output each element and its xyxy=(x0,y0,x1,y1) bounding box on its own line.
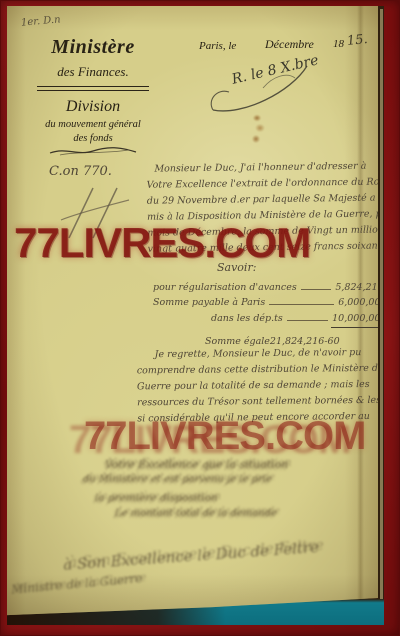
closing-address-line: à Son Excellence le Duc de Feltre xyxy=(63,538,320,574)
scanned-letter-photo: 1er. D.n Ministère des Finances. Divisio… xyxy=(0,0,400,636)
letterhead-ministry: Ministère xyxy=(29,36,157,59)
ghosted-text-line: du Ministère et est parvenu je le prie xyxy=(83,474,272,485)
account-label: Somme payable à Paris xyxy=(153,297,265,308)
account-total-value: 21,824,216-60 xyxy=(270,336,340,347)
dateline-month: Décembre xyxy=(265,37,314,52)
received-flourish-icon xyxy=(203,58,321,116)
letterhead-flourish-icon xyxy=(48,145,138,157)
account-row: pour régularisation d'avances 5,824,216-… xyxy=(153,277,399,293)
account-label: dans les dép.ts xyxy=(211,313,283,324)
letterhead-division-sub1: du mouvement général xyxy=(29,119,157,130)
ink-stain xyxy=(251,112,267,146)
dateline-year-handwritten: 15. xyxy=(346,32,368,49)
letterhead-division: Division xyxy=(29,98,157,116)
letterhead-double-rule xyxy=(37,86,149,91)
leader-line xyxy=(287,320,328,321)
letterhead-ref-number: C.on 770. xyxy=(29,164,157,179)
account-row: Somme payable à Paris 6,000,000 - - xyxy=(153,293,399,309)
account-row: dans les dép.ts 10,000,000 - - xyxy=(153,308,399,324)
account-total-row: Somme égale 21,824,216-60 xyxy=(153,330,399,347)
letter-paper: 1er. D.n Ministère des Finances. Divisio… xyxy=(7,6,378,617)
watermark-top: 77LIVRES.COM xyxy=(14,219,310,267)
ghosted-text-line: la première disposition xyxy=(95,492,218,504)
account-total-label: Somme égale xyxy=(205,336,270,347)
letterhead-division-sub2: des fonds xyxy=(29,133,157,144)
leader-line xyxy=(269,304,334,305)
dateline-year-printed: 18 xyxy=(333,38,344,50)
leader-line xyxy=(301,289,332,290)
ghosted-text-line: Le montant total de la demande xyxy=(115,508,277,519)
corner-note: 1er. D.n xyxy=(21,14,61,28)
closing-address-line: Ministre de la Guerre xyxy=(11,571,143,596)
page-edge-sliver xyxy=(380,9,383,599)
account-label: pour régularisation d'avances xyxy=(153,282,297,293)
letterhead-ministry-sub: des Finances. xyxy=(29,64,157,80)
account-table: pour régularisation d'avances 5,824,216-… xyxy=(153,277,399,347)
ghosted-text-line: Votre Excellence que la situation xyxy=(105,458,289,471)
dateline-city: Paris, le xyxy=(199,40,236,52)
photo-area: 1er. D.n Ministère des Finances. Divisio… xyxy=(7,6,384,625)
watermark-bottom: 77LIVRES.COM xyxy=(84,414,365,459)
letterhead: Ministère des Finances. Division du mouv… xyxy=(29,36,157,179)
